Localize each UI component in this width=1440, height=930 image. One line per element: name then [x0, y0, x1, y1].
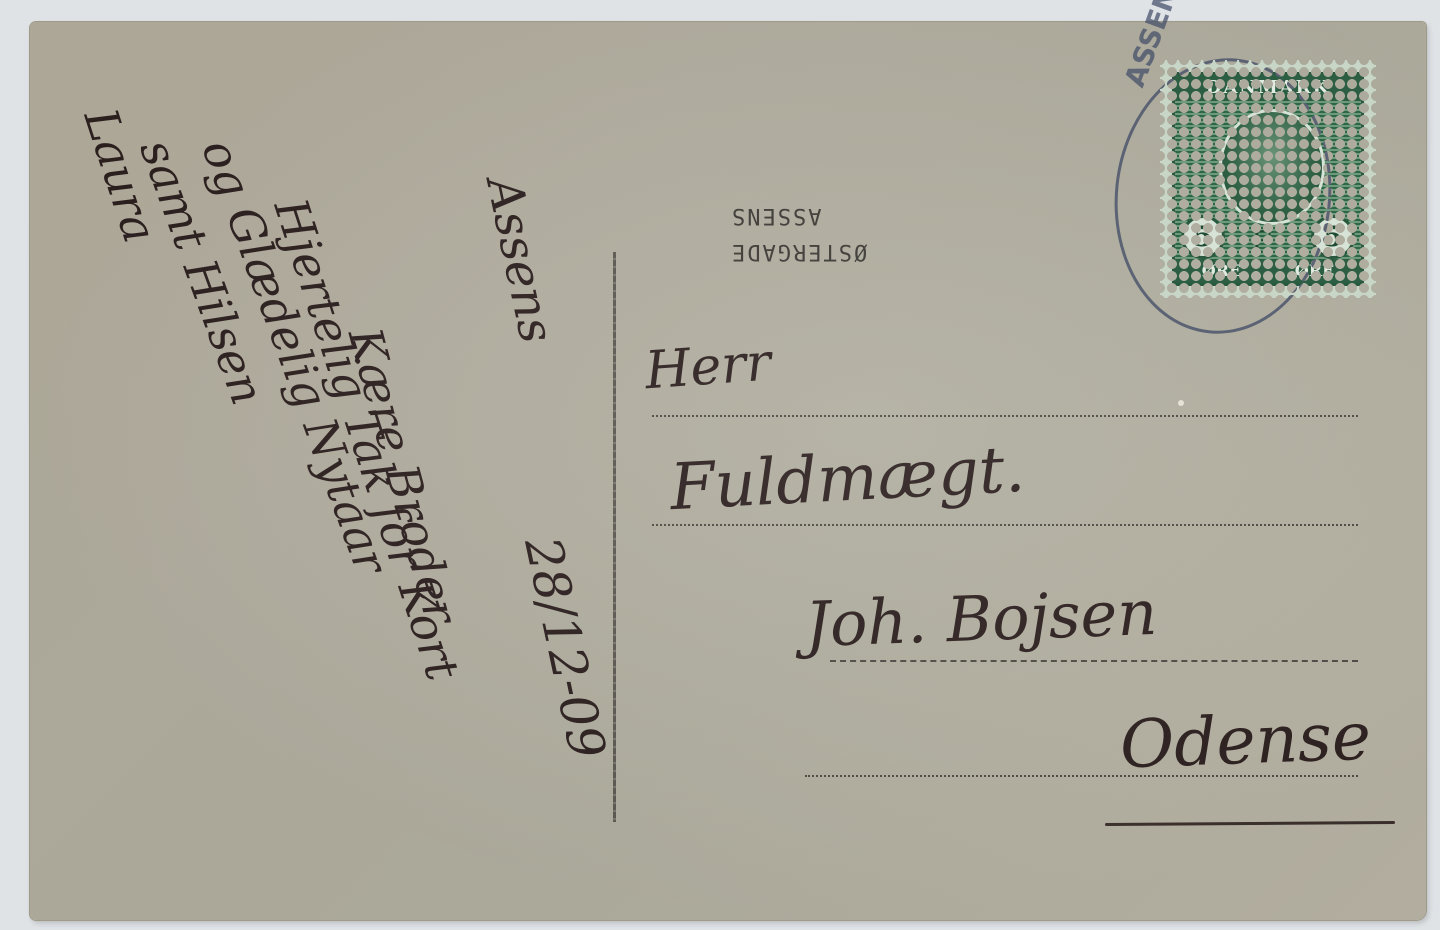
pencil-note-line-1: ØSTERGADE: [730, 233, 867, 269]
stamp-currency-right: ØRE: [1295, 259, 1334, 283]
pencil-note: ØSTERGADE ASSENS: [730, 197, 867, 269]
address-line-3: [830, 660, 1358, 662]
recipient-city: Odense: [1119, 698, 1372, 784]
message-place: Assens: [475, 172, 565, 348]
message-line-2: Hjertelig Tak for Kort: [264, 192, 471, 687]
stamp-value-right: 5: [1311, 215, 1355, 259]
stamp-currency: ØRE ØRE: [1175, 259, 1361, 283]
crown-monogram-icon: F: [1251, 225, 1272, 260]
recipient-title: Herr: [643, 333, 773, 402]
stamp-currency-left: ØRE: [1202, 259, 1241, 283]
stamp-frame: DANMARK 5 5 F ØRE ØRE: [1172, 72, 1364, 286]
recipient-name: Joh. Bojsen: [804, 576, 1158, 661]
address-line-1: [652, 415, 1358, 417]
address-line-2: [652, 524, 1358, 526]
message-date: 28/12-09: [513, 532, 616, 764]
king-portrait-icon: [1219, 109, 1325, 225]
city-underline: [1105, 821, 1395, 826]
postage-stamp: DANMARK 5 5 F ØRE ØRE: [1160, 60, 1376, 298]
stamp-country: DANMARK: [1175, 75, 1361, 101]
stamp-value-left: 5: [1181, 215, 1225, 259]
paper-speck: [1178, 400, 1184, 406]
pencil-note-line-2: ASSENS: [730, 197, 867, 233]
recipient-occupation: Fuldmægt.: [668, 433, 1026, 525]
